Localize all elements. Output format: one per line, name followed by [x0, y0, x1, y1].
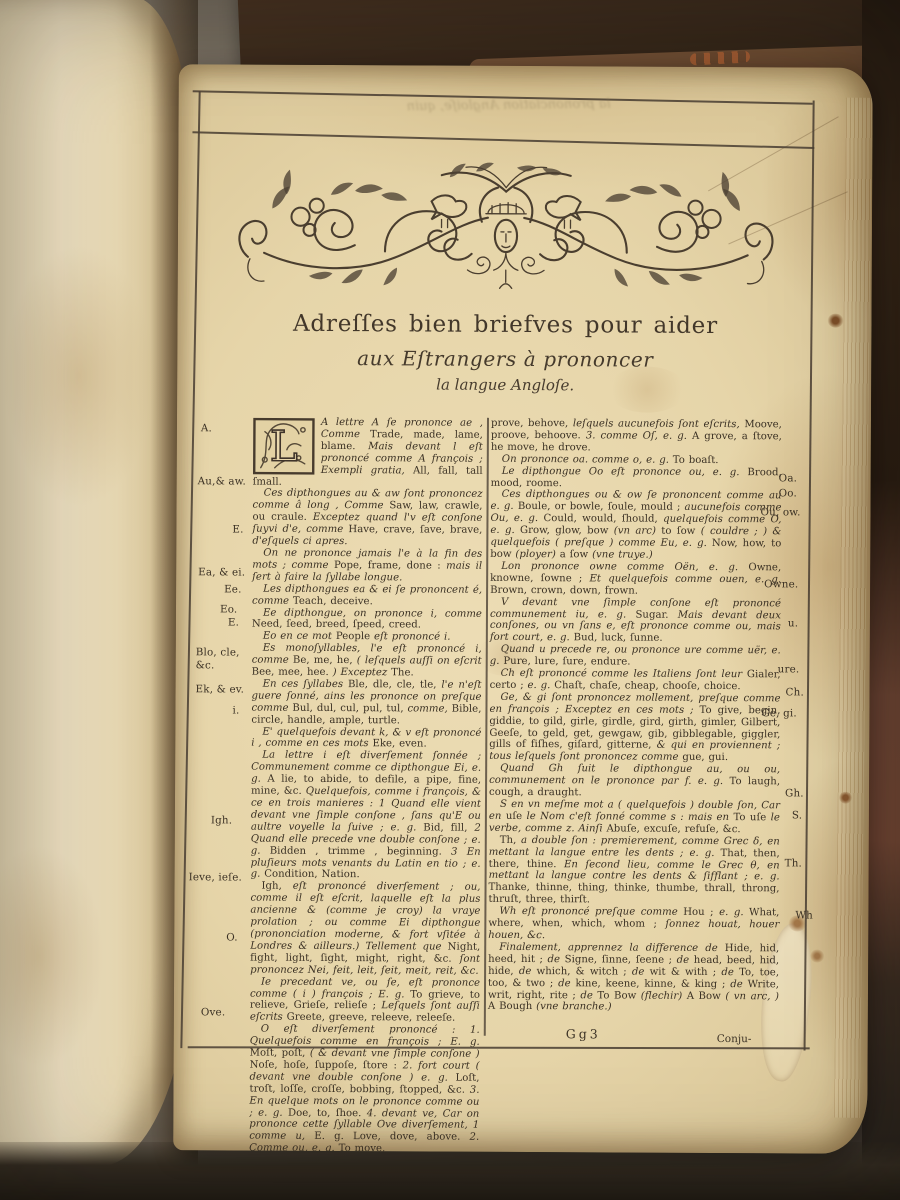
margin-label: Ch.	[786, 686, 804, 698]
text-column-left: L A lettre A ſe prononce ae , Comme Trad…	[249, 417, 483, 1154]
margin-label: Igh.	[211, 814, 232, 826]
page-title-line2: aux Eſtrangers à prononcer	[197, 345, 813, 372]
margin-label: i.	[232, 704, 239, 716]
page-edge-stack	[834, 98, 872, 1118]
paragraph: Quand Gh ſuit le dipthongue au, ou ou, c…	[489, 763, 780, 800]
dropcap-woodcut: L	[253, 418, 315, 475]
margin-label: Eo.	[220, 603, 237, 615]
frame-rule-top-inner	[192, 131, 814, 148]
paragraph: Le dipthongue Oo eſt prononce ou, e. g. …	[491, 465, 782, 490]
paragraph: On ne prononce jamais l'e à la fin des m…	[252, 548, 482, 585]
margin-label: u.	[788, 617, 798, 629]
paragraph: Ee dipthongue, on prononce i, comme Need…	[252, 607, 482, 632]
paragraph: Wh eſt prononcé preſque comme Hou ; e. g…	[488, 906, 779, 943]
paragraph: Igh, eſt prononcé diverſement ; ou, comm…	[250, 881, 480, 977]
text-column-right: prove, behove, leſquels aucunefois ſont …	[488, 418, 782, 1015]
margin-label: S.	[792, 809, 802, 821]
paragraph: Ie precedant ve, ou ſe, eſt prononce com…	[250, 976, 480, 1025]
margin-label: Blo, cle,	[196, 646, 240, 658]
bleedthrough-text: la prononciation Angloiſe, quin	[319, 96, 699, 116]
paragraph: Quand u precede re, ou prononce ure comm…	[490, 644, 781, 669]
stain	[839, 792, 852, 804]
margin-label: Ee.	[224, 583, 242, 595]
margin-label: E.	[228, 616, 239, 628]
paragraph: V devant vne ſimple conſone eſt prononcé…	[490, 596, 781, 645]
stain	[4, 246, 154, 506]
page-title-line1: Adreſſes bien briefves pour aider	[197, 310, 813, 339]
paragraph: Lon prononce owne comme Oën, e. g. Owne,…	[490, 561, 781, 598]
margin-label: &c.	[196, 659, 215, 671]
page-title-line3: la langue Angloſe.	[197, 374, 813, 395]
paragraph: S en vn meſme mot a ( quelquefois ) doub…	[489, 799, 780, 836]
margin-label: Wh	[795, 909, 813, 921]
paragraph: E' quelquefois devant k, & v eſt prononc…	[251, 726, 481, 751]
margin-label: Ek, & ev.	[196, 683, 245, 695]
svg-text:L: L	[270, 422, 298, 471]
margin-label: Th.	[785, 857, 802, 869]
paragraph: Ch eſt prononcé comme les Italiens ſont …	[490, 668, 781, 693]
paragraph: La lettre i eſt diverſement ſonnée ; Com…	[251, 750, 482, 882]
book-photograph: la prononciation Angloiſe, quin	[0, 0, 900, 1200]
margin-label: Ea, & ei.	[198, 566, 245, 578]
margin-label: Ieve, ieſe.	[189, 871, 242, 883]
headpiece-ornament	[234, 158, 779, 301]
catchword: Conju-	[717, 1033, 752, 1045]
paragraph: Les dipthongues ea & ei ſe prononcent é,…	[252, 583, 482, 608]
paragraph: Finalement, apprennez la difference de H…	[488, 942, 779, 1015]
stain	[0, 846, 104, 1066]
paragraph: Es monoſyllables, l'e eſt prononcé i, co…	[252, 643, 482, 680]
book-page: la prononciation Angloiſe, quin	[173, 64, 873, 1154]
paragraph: prove, behove, leſquels aucunefois ſont …	[491, 418, 782, 455]
dropcap-initial-L: L	[253, 418, 315, 475]
margin-label: A.	[201, 422, 212, 434]
paragraph: O eſt diverſement prononcé : 1. Quelquef…	[249, 1024, 480, 1154]
frame-rule-right	[804, 101, 815, 1051]
paragraph: Ge, & gi ſont prononcez mollement, preſq…	[489, 692, 780, 765]
stain	[827, 314, 843, 328]
margin-label: Gh.	[785, 787, 804, 799]
margin-label: O.	[226, 931, 238, 943]
margin-label: ure.	[778, 663, 800, 675]
stain	[810, 950, 824, 963]
paragraph: Ces dipthongues au & aw ſont prononcez c…	[252, 488, 482, 549]
margin-label: E.	[232, 523, 243, 535]
paragraph: En ces ſyllabes Ble, dle, cle, tle, l'e …	[251, 679, 481, 728]
paragraph: Ces dipthongues ou & ow ſe prononcent co…	[490, 489, 781, 562]
margin-label: Ove.	[201, 1006, 226, 1018]
margin-label: Au,& aw.	[198, 475, 246, 487]
headpiece-engraving	[234, 158, 779, 301]
gathering-signature: Gg3	[566, 1026, 601, 1041]
paragraph: Th, a double ſon : premierement, comme G…	[488, 835, 779, 908]
